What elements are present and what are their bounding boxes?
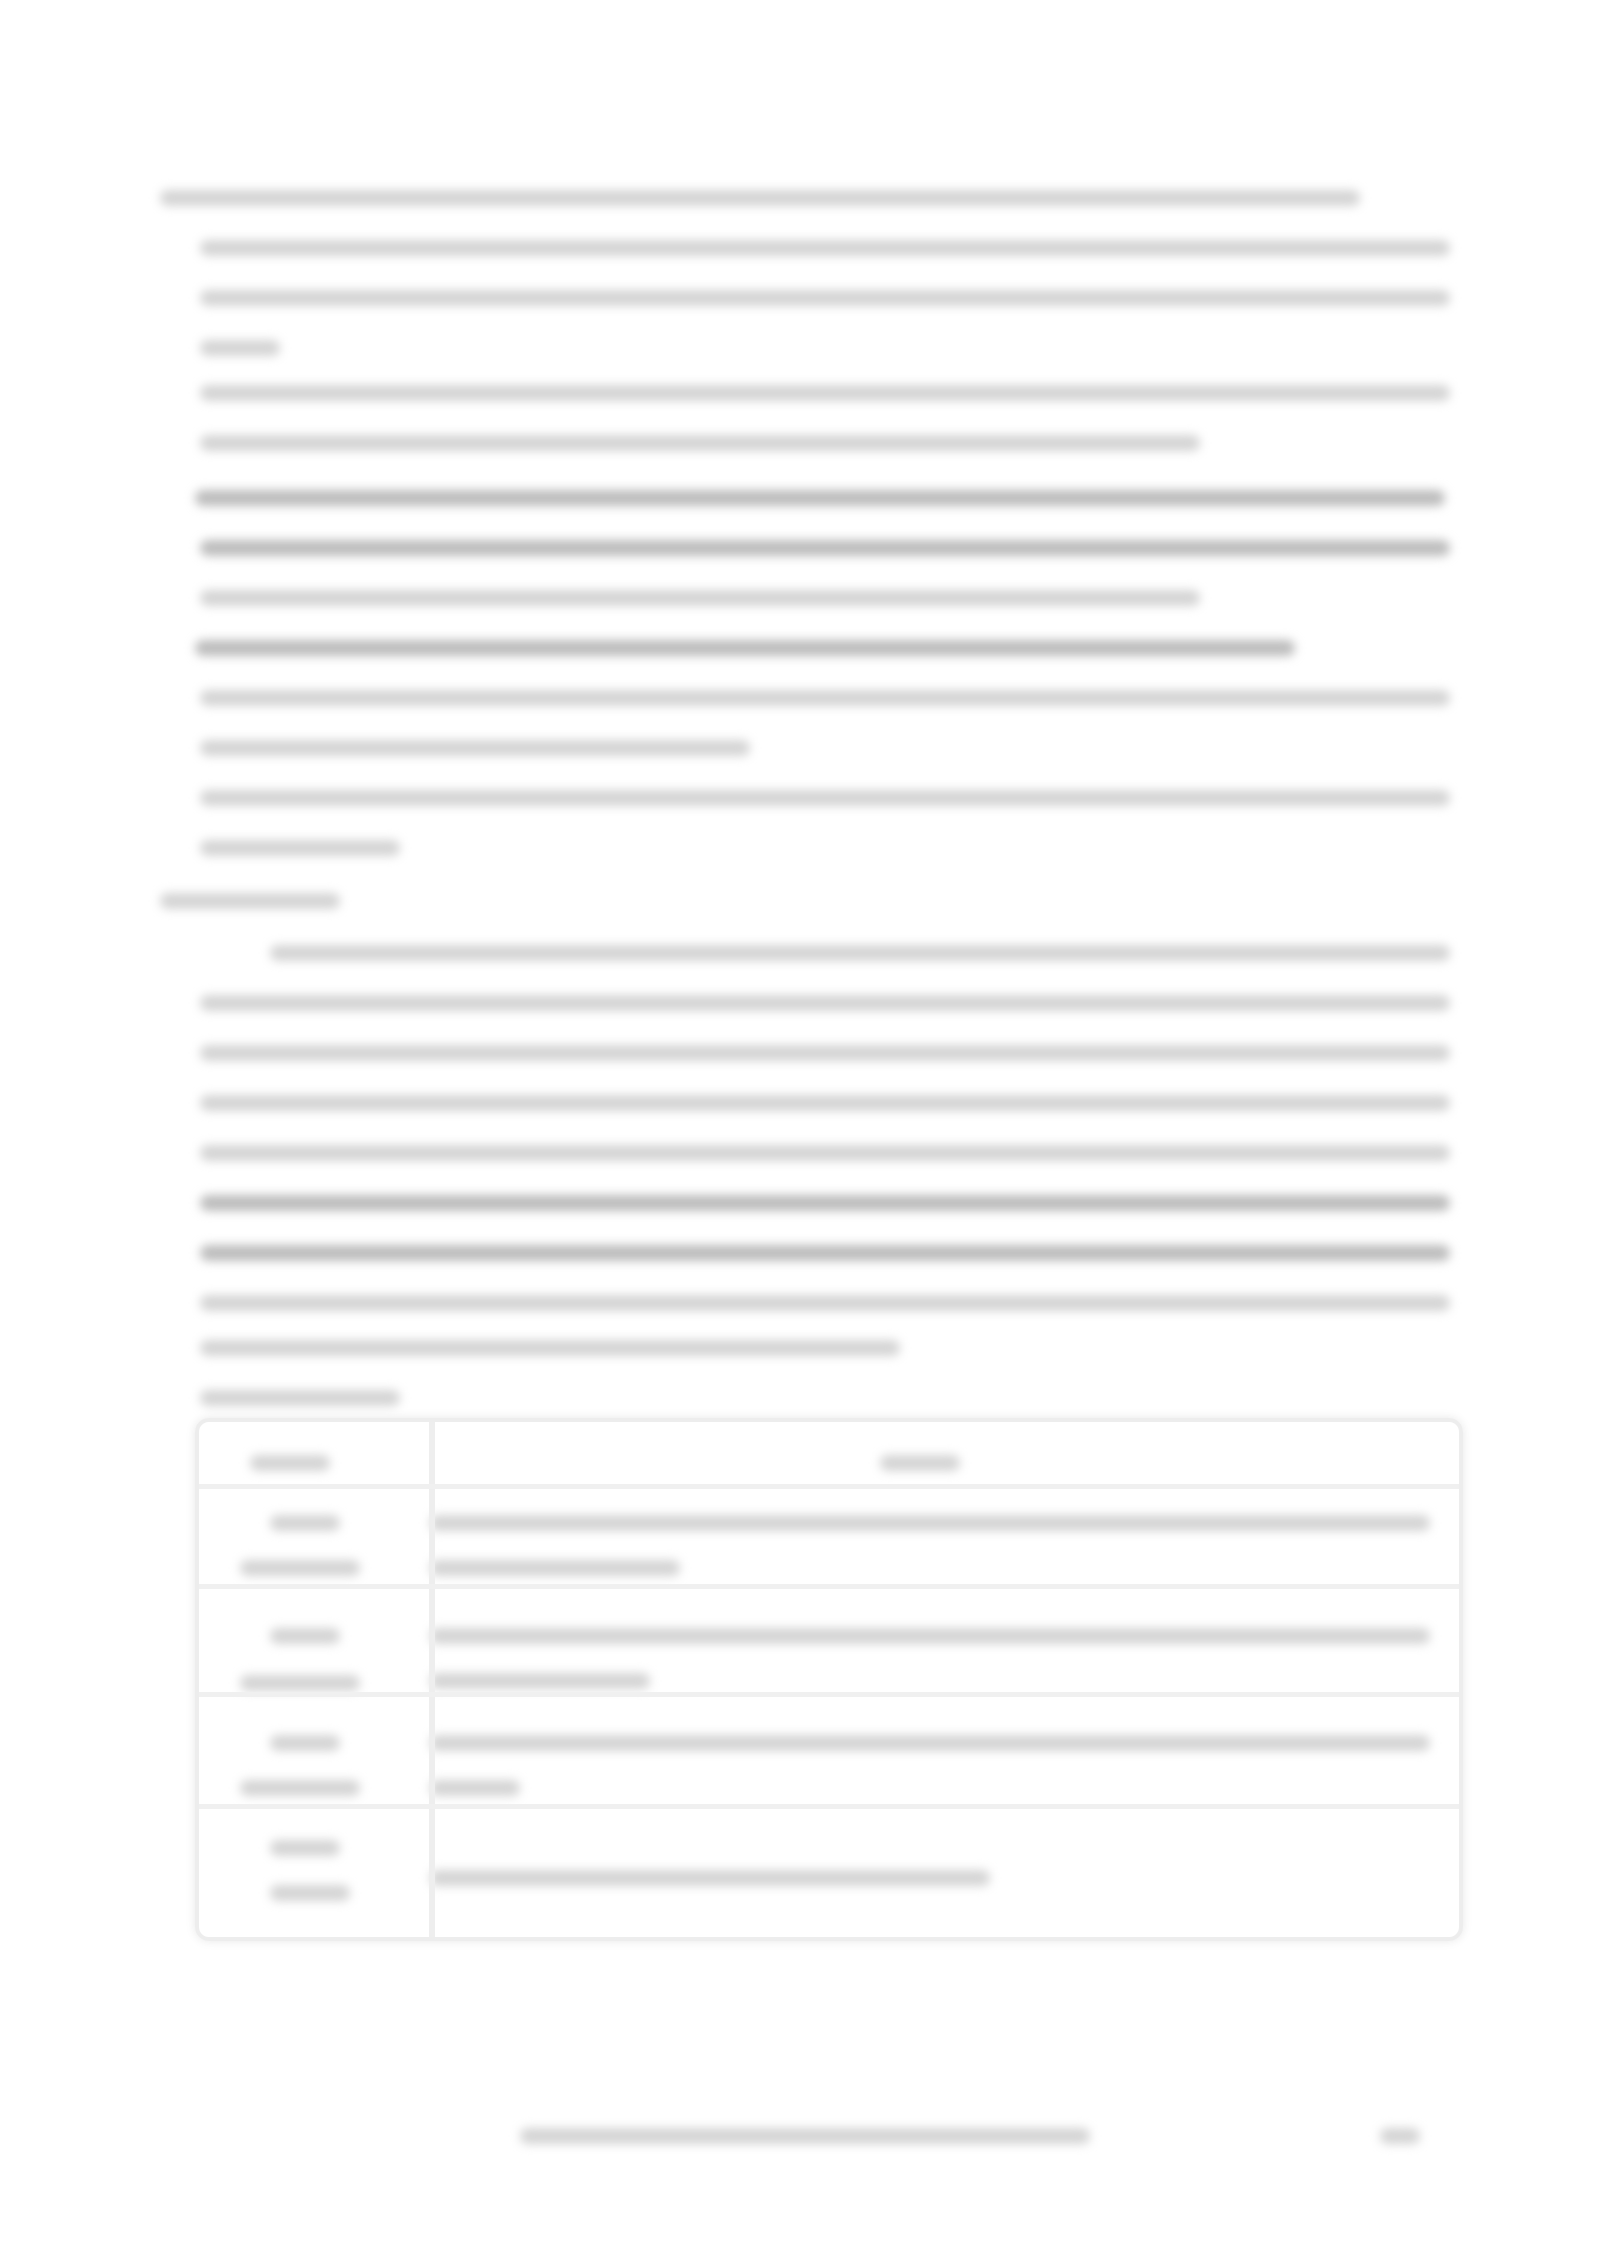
blurred-text-line — [200, 435, 1200, 451]
blurred-text-line — [160, 893, 340, 909]
blurred-text-line — [200, 1245, 1450, 1261]
blurred-text-line — [200, 340, 280, 356]
blurred-text-line — [200, 690, 1450, 706]
blurred-text-line — [200, 540, 1450, 556]
blurred-text-line — [200, 1195, 1450, 1211]
blurred-text-line — [160, 190, 1360, 206]
blurred-text-line — [200, 385, 1450, 401]
blurred-text-line — [200, 740, 750, 756]
blurred-text-line — [200, 1145, 1450, 1161]
blurred-text-line — [200, 290, 1450, 306]
document-page: { "document": { "note": "Document body i… — [0, 0, 1602, 2252]
blurred-text-line — [195, 490, 1445, 506]
blurred-text-line — [1380, 2128, 1420, 2144]
blurred-text-line — [200, 1340, 900, 1356]
blurred-text-line — [200, 1390, 400, 1406]
document-table — [195, 1418, 1463, 1941]
blurred-text-line — [200, 790, 1450, 806]
blurred-text-line — [200, 840, 400, 856]
blurred-text-line — [200, 240, 1450, 256]
blurred-text-line — [195, 640, 1295, 656]
blurred-text-line — [200, 995, 1450, 1011]
blurred-text-line — [200, 1045, 1450, 1061]
blurred-text-line — [270, 945, 1450, 961]
blurred-text-line — [200, 1095, 1450, 1111]
blurred-text-line — [200, 1295, 1450, 1311]
blurred-text-line — [200, 590, 1200, 606]
blurred-text-line — [520, 2128, 1090, 2144]
